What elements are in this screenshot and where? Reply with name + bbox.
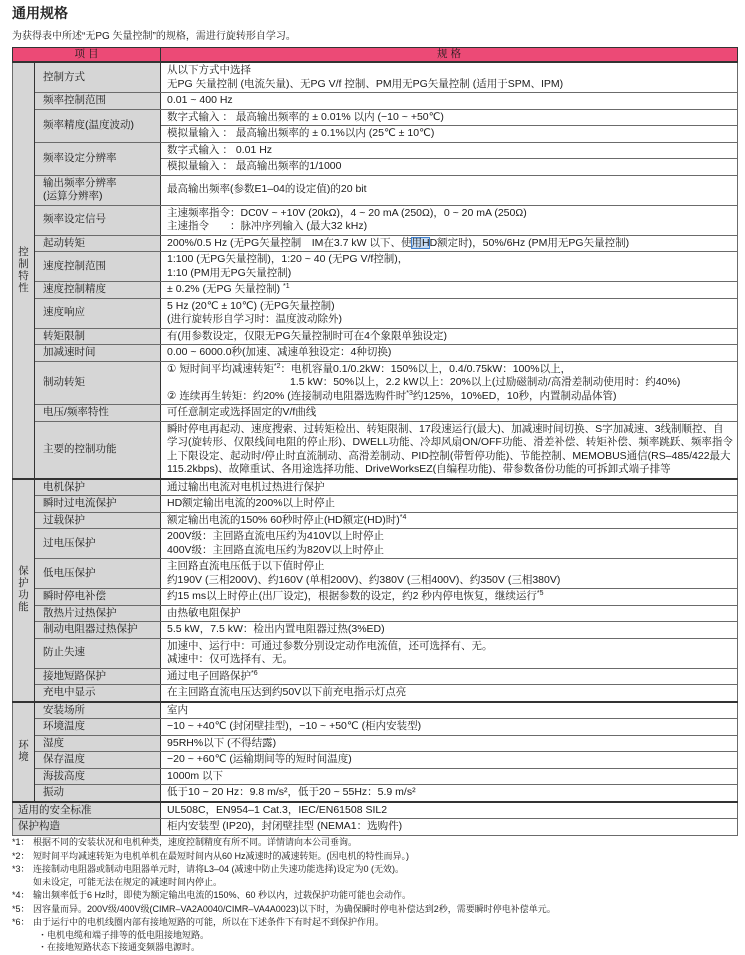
spec-row-overvoltage-protection: 过电压保护 200V级：主回路直流电压约为410V以上时停止 400V级：主回路… [13, 529, 738, 559]
footnote-marker: *6： [12, 916, 33, 954]
spec-line: 由热敏电阻保护 [167, 607, 731, 621]
spec-line: 减速中：仅可选择有、无。 [167, 653, 731, 667]
spec-row-torque-limit: 转矩限制 有(用参数设定，仅限无PG矢量控制时可在4个象限单独设定) [13, 328, 738, 345]
page-subtitle: 为获得表中所述“无PG 矢量控制”的规格，需进行旋转形自学习。 [12, 31, 296, 43]
item-label: 转矩限制 [35, 328, 161, 345]
spec-line: 0.00 ~ 6000.0秒(加速、减速单独设定：4种切换) [167, 346, 731, 360]
spec-line: 通过电子回路保护*6 [167, 670, 731, 684]
category-label: 控制特性 [18, 246, 29, 294]
spec-value: 通过输出电流对电机过热进行保护 [161, 479, 738, 496]
spec-line: 5 Hz (20℃ ± 10℃) (无PG矢量控制) [167, 300, 731, 314]
spec-value: −10 ~ +40℃ (封闭壁挂型)，−10 ~ +50℃ (柜内安装型) [161, 719, 738, 736]
item-label: 过载保护 [35, 512, 161, 529]
spec-row-humidity: 湿度 95RH%以下 (不得结露) [13, 735, 738, 752]
spec-value: 95RH%以下 (不得结露) [161, 735, 738, 752]
footnote-ref: *6 [251, 670, 258, 677]
footnote-ref: *1 [283, 283, 290, 290]
spec-row-heatsink-overheat: 散热片过热保护 由热敏电阻保护 [13, 605, 738, 622]
footnote-ref: *5 [537, 590, 544, 597]
spec-line: 瞬时停电再起动、速度搜索、过转矩检出、转矩限制、17段速运行(最大)、加减速时间… [167, 423, 731, 437]
footnote-line: 短时间平均减速转矩为电机单机在最短时间内从60 Hz减速时的减速转矩。(因电机的… [33, 850, 737, 863]
spec-row-main-control-functions: 主要的控制功能 瞬时停电再起动、速度搜索、过转矩检出、转矩限制、17段速运行(最… [13, 421, 738, 479]
spec-row-frequency-setting-signal: 频率设定信号 主速频率指令：DC0V ~ +10V (20kΩ)，4 ~ 20 … [13, 205, 738, 235]
footnote-marker: *3： [12, 863, 33, 888]
footnote-line: 连接制动电阻器或制动电阻器单元时，请将L3–04 (减速中防止失速功能选择)设定… [33, 863, 737, 876]
spec-line: 最高输出频率(参数E1–04的设定值)的20 bit [167, 183, 731, 197]
spec-value: 5.5 kW，7.5 kW：检出内置电阻器过热(3%ED) [161, 622, 738, 639]
footnotes: *1： 根据不同的安装状况和电机种类，速度控制精度有所不同。详情请向本公司垂询。… [12, 836, 737, 955]
spec-row-undervoltage-protection: 低电压保护 主回路直流电压低于以下值时停止 约190V (三相200V)、约16… [13, 559, 738, 589]
header-item: 项 目 [13, 48, 161, 63]
spec-text: ：电机容量0.1/0.2kW：150%以上，0.4/0.75kW：100%以上， [280, 363, 571, 375]
spec-value: 200V级：主回路直流电压约为410V以上时停止 400V级：主回路直流电压约为… [161, 529, 738, 559]
spec-text: 约15 ms以上时停止(出厂设定)，根据参数的设定，约2 秒内停电恢复，继续运行 [167, 590, 537, 602]
footnote-body: 根据不同的安装状况和电机种类，速度控制精度有所不同。详情请向本公司垂询。 [33, 836, 737, 849]
spec-row-safety-standards: 适用的安全标准 UL508C，EN954–1 Cat.3，IEC/EN61508… [13, 802, 738, 819]
spec-value: 主回路直流电压低于以下值时停止 约190V (三相200V)、约160V (单相… [161, 559, 738, 589]
spec-line: 5.5 kW，7.5 kW：检出内置电阻器过热(3%ED) [167, 623, 731, 637]
spec-value: 通过电子回路保护*6 [161, 668, 738, 685]
spec-line: 数字式输入 ： 0.01 Hz [167, 144, 731, 158]
spec-row-braking-torque: 制动转矩 ① 短时间平均减速转矩*2：电机容量0.1/0.2kW：150%以上，… [13, 361, 738, 405]
spec-line: 400V级：主回路直流电压约为820V以上时停止 [167, 544, 731, 558]
footnote-body: 由于运行中的电机线圈内部有接地短路的可能，所以在下述条件下有时起不到保护作用。 … [33, 916, 737, 954]
spec-text: D额定时)，50%/6Hz (PM用无PG矢量控制) [430, 237, 630, 249]
item-label: 加减速时间 [35, 345, 161, 362]
item-label: 频率控制范围 [35, 93, 161, 110]
item-label: 过电压保护 [35, 529, 161, 559]
spec-row-motor-protection: 保护功能 电机保护 通过输出电流对电机过热进行保护 [13, 479, 738, 496]
page-title: 通用规格 [12, 4, 68, 22]
item-label: 振动 [35, 785, 161, 802]
spec-line: 柜内安装型 (IP20)，封闭壁挂型 (NEMA1：选购件) [167, 820, 731, 834]
item-label: 湿度 [35, 735, 161, 752]
spec-value: ± 0.2% (无PG 矢量控制) *1 [161, 282, 738, 299]
spec-line: 在主回路直流电压达到约50V以下前充电指示灯点亮 [167, 686, 731, 700]
footnote-body: 连接制动电阻器或制动电阻器单元时，请将L3–04 (减速中防止失速功能选择)设定… [33, 863, 737, 888]
spec-line: 主速频率指令：DC0V ~ +10V (20kΩ)，4 ~ 20 mA (250… [167, 207, 731, 221]
item-label: 防止失速 [35, 638, 161, 668]
category-protection-functions: 保护功能 [13, 479, 35, 702]
footnote-body: 短时间平均减速转矩为电机单机在最短时间内从60 Hz减速时的减速转矩。(因电机的… [33, 850, 737, 863]
spec-text: ② 连续再生转矩：约20% (连接制动电阻器选购件时 [167, 390, 406, 402]
footnote-line: 如未设定，可能无法在规定的减速时间内停止。 [33, 876, 737, 889]
table-header-row: 项 目 规 格 [13, 48, 738, 63]
footnote-line: 由于运行中的电机线圈内部有接地短路的可能，所以在下述条件下有时起不到保护作用。 [33, 916, 737, 929]
spec-line: 200V级：主回路直流电压约为410V以上时停止 [167, 530, 731, 544]
spec-line: 1000m 以下 [167, 770, 731, 784]
spec-line: 115.2kbps)、故障重试、各用途选择功能、DriveWorksEZ(自编程… [167, 463, 731, 477]
spec-row-speed-response: 速度响应 5 Hz (20℃ ± 10℃) (无PG矢量控制) (进行旋转形自学… [13, 298, 738, 328]
footnote-bullet: ・电机电缆和端子排等的低电阻接地短路。 [33, 929, 737, 942]
spec-row-momentary-power-loss: 瞬时停电补偿 约15 ms以上时停止(出厂设定)，根据参数的设定，约2 秒内停电… [13, 589, 738, 606]
item-label: 控制方式 [35, 62, 161, 93]
footnote-6: *6： 由于运行中的电机线圈内部有接地短路的可能，所以在下述条件下有时起不到保护… [12, 916, 737, 954]
spec-value: 低于10 ~ 20 Hz：9.8 m/s²，低于20 ~ 55Hz：5.9 m/… [161, 785, 738, 802]
spec-row-instant-overcurrent-protection: 瞬时过电流保护 HD额定输出电流的200%以上时停止 [13, 496, 738, 513]
spec-line: 低于10 ~ 20 Hz：9.8 m/s²，低于20 ~ 55Hz：5.9 m/… [167, 786, 731, 800]
spec-line: 无PG 矢量控制 (电流矢量)、无PG V/f 控制、PM用无PG矢量控制 (适… [167, 78, 731, 92]
spec-line: 通过输出电流对电机过热进行保护 [167, 481, 731, 495]
spec-text: 200%/0.5 Hz (无PG矢量控制 IM在3.7 kW 以下、使 [167, 237, 411, 249]
spec-row-speed-control-accuracy: 速度控制精度 ± 0.2% (无PG 矢量控制) *1 [13, 282, 738, 299]
spec-line: 上下限设定、起动时/停止时直流制动、高滑差制动、PID控制(带暂停功能)、节能控… [167, 450, 731, 464]
spec-value: 最高输出频率(参数E1–04的设定值)的20 bit [161, 175, 738, 205]
spec-text: 约125%，10%ED，10秒，内置制动晶体管) [413, 390, 617, 402]
spec-value: −20 ~ +60℃ (运输期间等的短时间温度) [161, 752, 738, 769]
spec-value: 可任意制定或选择固定的V/f曲线 [161, 405, 738, 422]
spec-value: 200%/0.5 Hz (无PG矢量控制 IM在3.7 kW 以下、使用HD额定… [161, 235, 738, 252]
spec-line: 约190V (三相200V)、约160V (单相200V)、约380V (三相4… [167, 574, 731, 588]
spec-row-output-frequency-resolution: 输出频率分辨率 (运算分辨率) 最高输出频率(参数E1–04的设定值)的20 b… [13, 175, 738, 205]
spec-line: 室内 [167, 704, 731, 718]
item-label: 海拔高度 [35, 768, 161, 785]
spec-row-stall-prevention: 防止失速 加速中、运行中：可通过参数分别设定动作电流值，还可选择有、无。 减速中… [13, 638, 738, 668]
item-label: 适用的安全标准 [13, 802, 161, 819]
spec-value: 1:100 (无PG矢量控制)，1:20 ~ 40 (无PG V/f控制)， 1… [161, 252, 738, 282]
item-label: 制动电阻器过热保护 [35, 622, 161, 639]
spec-line: 主速指令 ：脉冲序列输入 (最大32 kHz) [167, 220, 731, 234]
footnote-marker: *1： [12, 836, 33, 849]
spec-line: 有(用参数设定，仅限无PG矢量控制时可在4个象限单独设定) [167, 330, 731, 344]
item-label-line: (运算分辨率) [43, 190, 154, 204]
item-label: 速度控制精度 [35, 282, 161, 299]
spec-line: ± 0.2% (无PG 矢量控制) *1 [167, 283, 731, 297]
item-label: 安装场所 [35, 702, 161, 719]
footnote-1: *1： 根据不同的安装状况和电机种类，速度控制精度有所不同。详情请向本公司垂询。 [12, 836, 737, 849]
spec-line: 从以下方式中选择 [167, 64, 731, 78]
spec-line: 加速中、运行中：可通过参数分别设定动作电流值，还可选择有、无。 [167, 640, 731, 654]
footnote-2: *2： 短时间平均减速转矩为电机单机在最短时间内从60 Hz减速时的减速转矩。(… [12, 850, 737, 863]
item-label-line: 输出频率分辨率 [43, 177, 154, 191]
item-label: 保存温度 [35, 752, 161, 769]
spec-line: 1:10 (PM用无PG矢量控制) [167, 267, 731, 281]
item-label: 频率精度(温度波动) [35, 109, 161, 142]
item-label: 输出频率分辨率 (运算分辨率) [35, 175, 161, 205]
footnote-body: 输出频率低于6 Hz时，即使为额定输出电流的150%、60 秒以内，过载保护功能… [33, 889, 737, 902]
item-label: 制动转矩 [35, 361, 161, 405]
spec-line: ① 短时间平均减速转矩*2：电机容量0.1/0.2kW：150%以上，0.4/0… [167, 363, 731, 377]
spec-row-control-method: 控制特性 控制方式 从以下方式中选择 无PG 矢量控制 (电流矢量)、无PG V… [13, 62, 738, 93]
spec-row-accel-decel-time: 加减速时间 0.00 ~ 6000.0秒(加速、减速单独设定：4种切换) [13, 345, 738, 362]
general-specifications-table: 项 目 规 格 控制特性 控制方式 从以下方式中选择 无PG 矢量控制 (电流矢… [12, 47, 738, 836]
spec-line: 主回路直流电压低于以下值时停止 [167, 560, 731, 574]
spec-line: 95RH%以下 (不得结露) [167, 737, 731, 751]
spec-value: 主速频率指令：DC0V ~ +10V (20kΩ)，4 ~ 20 mA (250… [161, 205, 738, 235]
footnote-marker: *4： [12, 889, 33, 902]
spec-line: HD额定输出电流的200%以上时停止 [167, 497, 731, 511]
spec-row-frequency-setting-resolution: 频率设定分辨率 数字式输入 ： 0.01 Hz [13, 142, 738, 159]
spec-value: 由热敏电阻保护 [161, 605, 738, 622]
spec-value: 数字式输入 ： 最高输出频率的 ± 0.01% 以内 (−10 ~ +50℃) [161, 109, 738, 126]
spec-value: 1000m 以下 [161, 768, 738, 785]
spec-row-overload-protection: 过载保护 额定输出电流的150% 60秒时停止(HD额定(HD)时)*4 [13, 512, 738, 529]
spec-value: 有(用参数设定，仅限无PG矢量控制时可在4个象限单独设定) [161, 328, 738, 345]
item-label: 低电压保护 [35, 559, 161, 589]
item-label: 接地短路保护 [35, 668, 161, 685]
spec-line: 0.01 ~ 400 Hz [167, 94, 731, 108]
spec-value: 数字式输入 ： 0.01 Hz [161, 142, 738, 159]
spec-value: 瞬时停电再起动、速度搜索、过转矩检出、转矩限制、17段速运行(最大)、加减速时间… [161, 421, 738, 479]
spec-row-frequency-accuracy: 频率精度(温度波动) 数字式输入 ： 最高输出频率的 ± 0.01% 以内 (−… [13, 109, 738, 126]
spec-row-storage-temperature: 保存温度 −20 ~ +60℃ (运输期间等的短时间温度) [13, 752, 738, 769]
spec-value: HD额定输出电流的200%以上时停止 [161, 496, 738, 513]
item-label: 散热片过热保护 [35, 605, 161, 622]
spec-row-protective-structure: 保护构造 柜内安装型 (IP20)，封闭壁挂型 (NEMA1：选购件) [13, 819, 738, 836]
spec-text: ① 短时间平均减速转矩 [167, 363, 274, 375]
spec-row-vibration: 振动 低于10 ~ 20 Hz：9.8 m/s²，低于20 ~ 55Hz：5.9… [13, 785, 738, 802]
spec-line: 1.5 kW：50%以上，2.2 kW以上：20%以上(过励磁制动/高滑差制动使… [167, 376, 731, 390]
footnote-5: *5： 因容量而异。200V级/400V级(CIMR–VA2A0040/CIMR… [12, 903, 737, 916]
footnote-bullet: ・在接地短路状态下接通变频器电源时。 [33, 941, 737, 954]
category-control-characteristics: 控制特性 [13, 62, 35, 479]
category-label: 环境 [18, 739, 29, 763]
item-label: 保护构造 [13, 819, 161, 836]
item-label: 充电中显示 [35, 685, 161, 702]
spec-row-speed-control-range: 速度控制范围 1:100 (无PG矢量控制)，1:20 ~ 40 (无PG V/… [13, 252, 738, 282]
footnote-ref: *3 [406, 390, 413, 397]
spec-row-starting-torque: 起动转矩 200%/0.5 Hz (无PG矢量控制 IM在3.7 kW 以下、使… [13, 235, 738, 252]
spec-value: 室内 [161, 702, 738, 719]
item-label: 瞬时停电补偿 [35, 589, 161, 606]
spec-line: 模拟量输入 ： 最高输出频率的 ± 0.1%以内 (25℃ ± 10℃) [167, 127, 731, 141]
spec-line: 模拟量输入 ： 最高输出频率的1/1000 [167, 160, 731, 174]
category-label: 保护功能 [18, 565, 29, 613]
item-label: 电机保护 [35, 479, 161, 496]
footnote-line: 根据不同的安装状况和电机种类，速度控制精度有所不同。详情请向本公司垂询。 [33, 836, 737, 849]
footnote-marker: *5： [12, 903, 33, 916]
spec-value: 额定输出电流的150% 60秒时停止(HD额定(HD)时)*4 [161, 512, 738, 529]
spec-row-charge-indicator: 充电中显示 在主回路直流电压达到约50V以下前充电指示灯点亮 [13, 685, 738, 702]
footnote-4: *4： 输出频率低于6 Hz时，即使为额定输出电流的150%、60 秒以内，过载… [12, 889, 737, 902]
spec-value: 模拟量输入 ： 最高输出频率的 ± 0.1%以内 (25℃ ± 10℃) [161, 126, 738, 143]
footnote-3: *3： 连接制动电阻器或制动电阻器单元时，请将L3–04 (减速中防止失速功能选… [12, 863, 737, 888]
spec-value: 5 Hz (20℃ ± 10℃) (无PG矢量控制) (进行旋转形自学习时：温度… [161, 298, 738, 328]
spec-value: 在主回路直流电压达到约50V以下前充电指示灯点亮 [161, 685, 738, 702]
spec-row-ground-fault-protection: 接地短路保护 通过电子回路保护*6 [13, 668, 738, 685]
spec-line: (进行旋转形自学习时：温度波动除外) [167, 313, 731, 327]
header-spec: 规 格 [161, 48, 738, 63]
item-label: 速度响应 [35, 298, 161, 328]
spec-line: −20 ~ +60℃ (运输期间等的短时间温度) [167, 753, 731, 767]
spec-value: 柜内安装型 (IP20)，封闭壁挂型 (NEMA1：选购件) [161, 819, 738, 836]
spec-row-installation-location: 环境 安装场所 室内 [13, 702, 738, 719]
footnote-line: 输出频率低于6 Hz时，即使为额定输出电流的150%、60 秒以内，过载保护功能… [33, 889, 737, 902]
spec-value: 加速中、运行中：可通过参数分别设定动作电流值，还可选择有、无。 减速中：仅可选择… [161, 638, 738, 668]
footnote-body: 因容量而异。200V级/400V级(CIMR–VA2A0040/CIMR–VA4… [33, 903, 737, 916]
spec-line: 可任意制定或选择固定的V/f曲线 [167, 406, 731, 420]
spec-value: 0.00 ~ 6000.0秒(加速、减速单独设定：4种切换) [161, 345, 738, 362]
footnote-line: 因容量而异。200V级/400V级(CIMR–VA2A0040/CIMR–VA4… [33, 903, 737, 916]
spec-line: 1:100 (无PG矢量控制)，1:20 ~ 40 (无PG V/f控制)， [167, 253, 731, 267]
item-label: 瞬时过电流保护 [35, 496, 161, 513]
spec-value: 模拟量输入 ： 最高输出频率的1/1000 [161, 159, 738, 176]
text-selection-highlight[interactable]: 用H [411, 237, 429, 249]
item-label: 起动转矩 [35, 235, 161, 252]
spec-value: 从以下方式中选择 无PG 矢量控制 (电流矢量)、无PG V/f 控制、PM用无… [161, 62, 738, 93]
spec-text: 通过电子回路保护 [167, 670, 251, 682]
footnote-marker: *2： [12, 850, 33, 863]
spec-line: 学习(旋转形、仅限线间电阻的停止形)、DWELL功能、冷却风扇ON/OFF功能、… [167, 436, 731, 450]
spec-line: 约15 ms以上时停止(出厂设定)，根据参数的设定，约2 秒内停电恢复，继续运行… [167, 590, 731, 604]
spec-line: 数字式输入 ： 最高输出频率的 ± 0.01% 以内 (−10 ~ +50℃) [167, 111, 731, 125]
spec-row-altitude: 海拔高度 1000m 以下 [13, 768, 738, 785]
item-label: 主要的控制功能 [35, 421, 161, 479]
category-environment: 环境 [13, 702, 35, 802]
spec-row-ambient-temperature: 环境温度 −10 ~ +40℃ (封闭壁挂型)，−10 ~ +50℃ (柜内安装… [13, 719, 738, 736]
spec-line: 200%/0.5 Hz (无PG矢量控制 IM在3.7 kW 以下、使用HD额定… [167, 237, 731, 251]
spec-text: 额定输出电流的150% 60秒时停止(HD额定(HD)时) [167, 514, 400, 526]
spec-value: 约15 ms以上时停止(出厂设定)，根据参数的设定，约2 秒内停电恢复，继续运行… [161, 589, 738, 606]
item-label: 速度控制范围 [35, 252, 161, 282]
spec-row-voltage-frequency-characteristics: 电压/频率特性 可任意制定或选择固定的V/f曲线 [13, 405, 738, 422]
spec-row-frequency-control-range: 频率控制范围 0.01 ~ 400 Hz [13, 93, 738, 110]
footnote-ref: *4 [400, 514, 407, 521]
spec-value: UL508C，EN954–1 Cat.3，IEC/EN61508 SIL2 [161, 802, 738, 819]
spec-line: −10 ~ +40℃ (封闭壁挂型)，−10 ~ +50℃ (柜内安装型) [167, 720, 731, 734]
spec-line: ② 连续再生转矩：约20% (连接制动电阻器选购件时*3约125%，10%ED，… [167, 390, 731, 404]
spec-row-braking-resistor-overheat: 制动电阻器过热保护 5.5 kW，7.5 kW：检出内置电阻器过热(3%ED) [13, 622, 738, 639]
spec-line: UL508C，EN954–1 Cat.3，IEC/EN61508 SIL2 [167, 804, 731, 818]
item-label: 环境温度 [35, 719, 161, 736]
spec-value: 0.01 ~ 400 Hz [161, 93, 738, 110]
spec-value: ① 短时间平均减速转矩*2：电机容量0.1/0.2kW：150%以上，0.4/0… [161, 361, 738, 405]
spec-text: ± 0.2% (无PG 矢量控制) [167, 283, 283, 295]
spec-line: 额定输出电流的150% 60秒时停止(HD额定(HD)时)*4 [167, 514, 731, 528]
item-label: 频率设定分辨率 [35, 142, 161, 175]
item-label: 频率设定信号 [35, 205, 161, 235]
item-label: 电压/频率特性 [35, 405, 161, 422]
